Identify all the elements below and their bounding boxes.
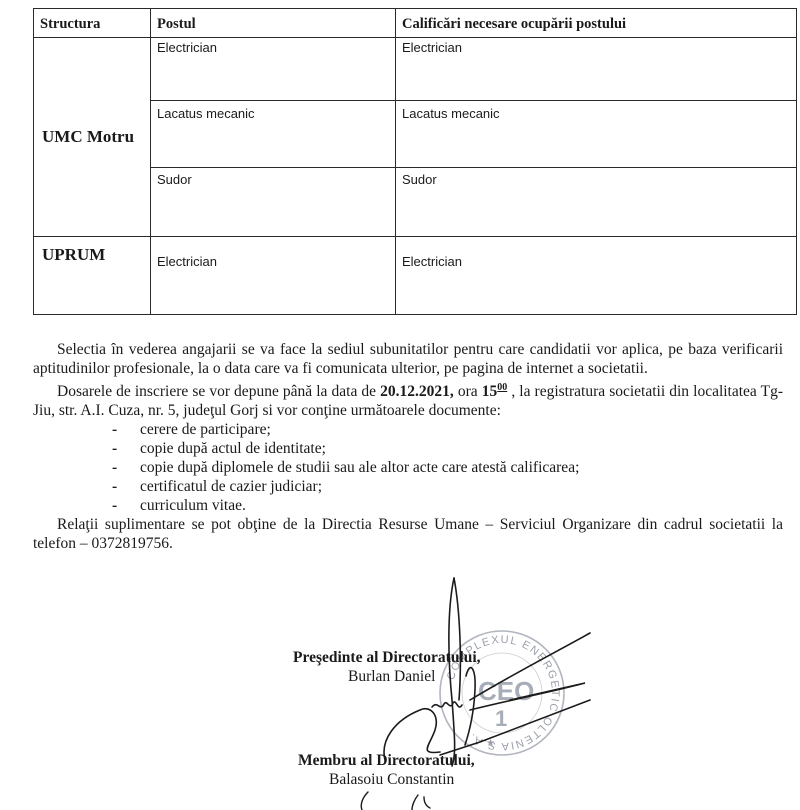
- signature-name: Balasoiu Constantin: [298, 770, 475, 789]
- structure-cell: UMC Motru: [34, 38, 151, 237]
- qualification-cell: Electrician: [396, 38, 797, 101]
- deadline-paragraph: Dosarele de inscriere se vor depune până…: [33, 378, 783, 420]
- jobs-table: Structura Postul Calificări necesare ocu…: [33, 8, 797, 315]
- post-cell: Lacatus mecanic: [151, 101, 396, 168]
- list-item: certificatul de cazier judiciar;: [33, 477, 783, 496]
- list-item: copie după actul de identitate;: [33, 439, 783, 458]
- list-item: curriculum vitae.: [33, 496, 783, 515]
- structure-cell: UPRUM: [34, 237, 151, 315]
- header-structura: Structura: [34, 9, 151, 38]
- deadline-hour: 15: [482, 383, 498, 400]
- qualification-cell: Lacatus mecanic: [396, 101, 797, 168]
- signature-title: Membru al Directoratului,: [298, 751, 475, 770]
- signature-name: Burlan Daniel: [293, 667, 481, 686]
- signature-title: Preşedinte al Directoratului,: [293, 648, 481, 667]
- table-row: UPRUM Electrician Electrician: [34, 237, 797, 315]
- selection-paragraph: Selectia în vederea angajarii se va face…: [33, 340, 783, 378]
- list-item: copie după diplomele de studii sau ale a…: [33, 458, 783, 477]
- deadline-text-before: Dosarele de inscriere se vor depune până…: [57, 383, 380, 400]
- signature-block-member: Membru al Directoratului, Balasoiu Const…: [298, 751, 475, 789]
- announcement-body: Selectia în vederea angajarii se va face…: [33, 340, 783, 553]
- header-postul: Postul: [151, 9, 396, 38]
- qualification-cell: Sudor: [396, 168, 797, 237]
- header-calificari: Calificări necesare ocupării postului: [396, 9, 797, 38]
- stamp-number: 1: [495, 706, 507, 731]
- deadline-text-between: ora: [454, 383, 482, 400]
- stamp-star-icon: ★: [486, 738, 495, 749]
- deadline-date: 20.12.2021,: [380, 383, 454, 400]
- required-documents-list: cerere de participare; copie după actul …: [33, 420, 783, 515]
- post-cell: Electrician: [151, 38, 396, 101]
- contact-paragraph: Relaţii suplimentare se pot obţine de la…: [33, 515, 783, 553]
- deadline-minutes: 00: [497, 382, 507, 393]
- stamp-logo: CEO: [478, 676, 534, 706]
- post-cell: Electrician: [151, 237, 396, 315]
- post-cell: Sudor: [151, 168, 396, 237]
- signature-block-president: Preşedinte al Directoratului, Burlan Dan…: [293, 648, 481, 686]
- signature-balasoiu-icon: [361, 792, 430, 810]
- qualification-cell: Electrician: [396, 237, 797, 315]
- table-row: UMC Motru Electrician Electrician: [34, 38, 797, 101]
- table-header-row: Structura Postul Calificări necesare ocu…: [34, 9, 797, 38]
- list-item: cerere de participare;: [33, 420, 783, 439]
